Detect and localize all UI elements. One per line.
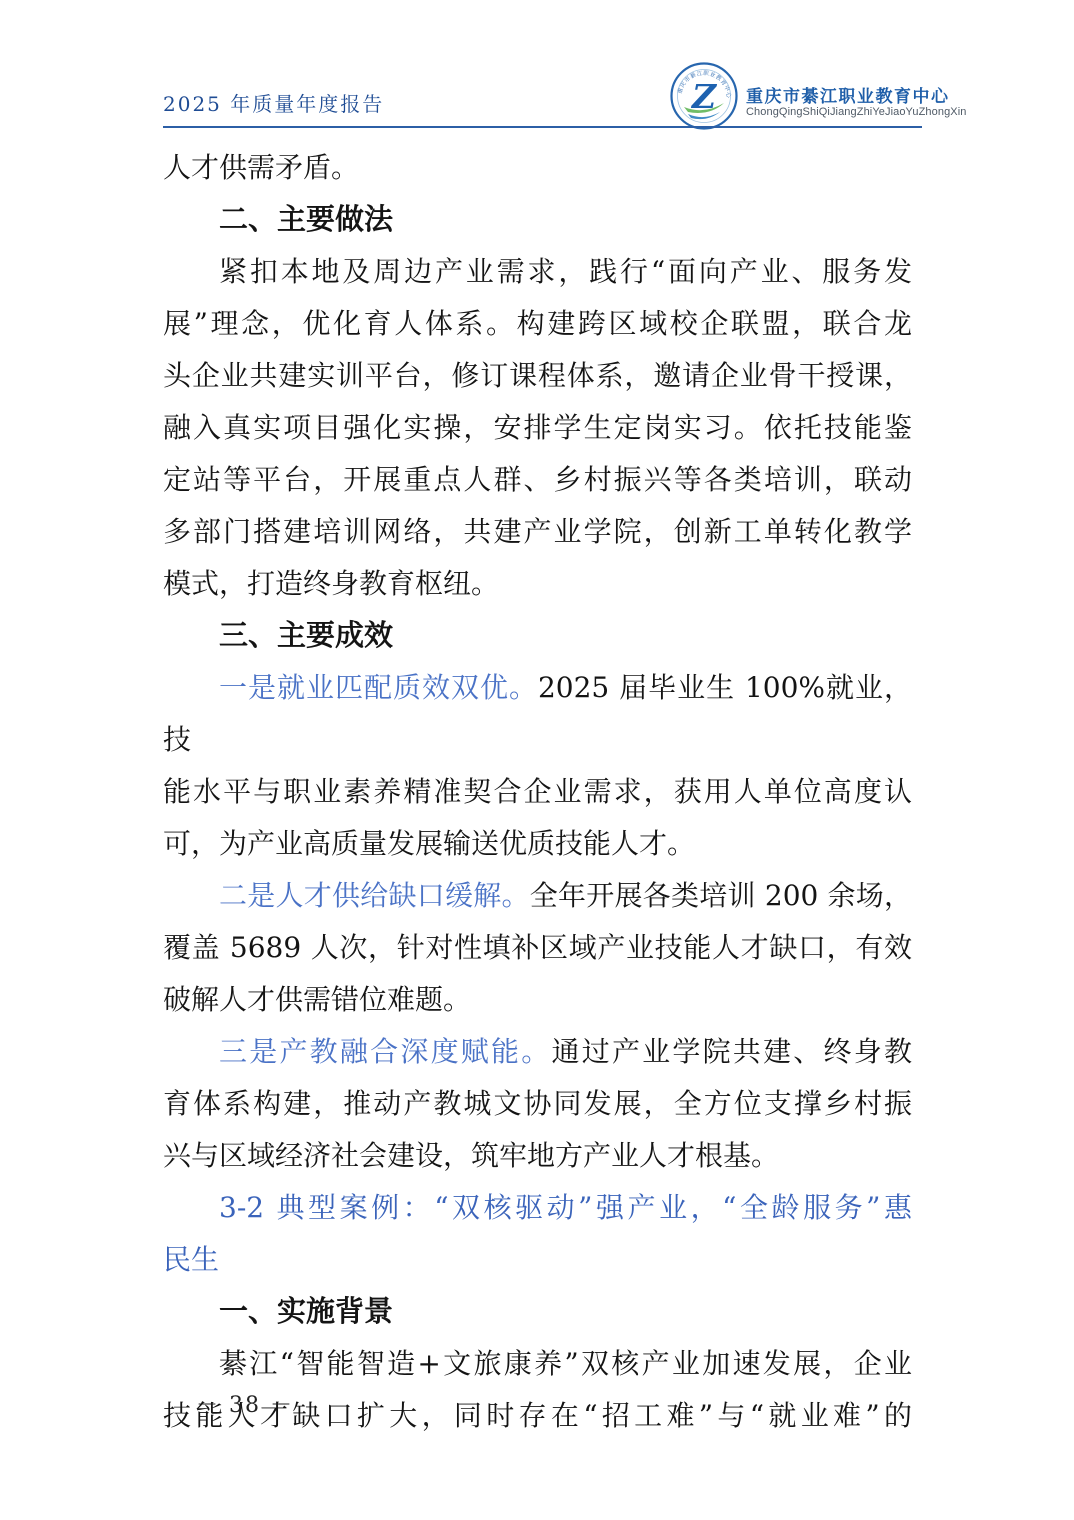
- text-line: 模式，打造终身教育枢纽。: [163, 558, 912, 610]
- text-segment: 破解人才供需错位难题。: [163, 983, 471, 1016]
- text-line: 定站等平台，开展重点人群、乡村振兴等各类培训，联动: [163, 454, 912, 506]
- text-segment: 融入真实项目强化实操，安排学生定岗实习。依托技能鉴: [163, 411, 912, 444]
- text-segment: 二、主要做法: [219, 204, 393, 236]
- school-name: 重庆市綦江职业教育中心: [746, 82, 922, 107]
- school-pinyin: ChongQingShiQiJiangZhiYeJiaoYuZhongXin: [746, 106, 946, 118]
- text-line: 头企业共建实训平台，修订课程体系，邀请企业骨干授课，: [163, 350, 912, 402]
- text-segment: 民生: [163, 1243, 219, 1276]
- text-line: 破解人才供需错位难题。: [163, 974, 912, 1026]
- text-segment: 模式，打造终身教育枢纽。: [163, 567, 499, 600]
- text-line: 紧扣本地及周边产业需求，践行“面向产业、服务发: [163, 246, 912, 298]
- text-segment: 育体系构建，推动产教城文协同发展，全方位支撑乡村振: [163, 1087, 912, 1120]
- text-segment: 綦江“智能智造+文旅康养”双核产业加速发展，企业: [219, 1347, 912, 1380]
- text-segment: 兴与区域经济社会建设，筑牢地方产业人才根基。: [163, 1139, 779, 1172]
- text-segment: 三是产教融合深度赋能。: [219, 1035, 552, 1068]
- text-segment: 一是就业匹配质效双优。: [219, 671, 538, 704]
- case-title-line: 民生: [163, 1234, 912, 1286]
- header-brand: 重庆市綦江职业教育中心 Z 重庆市綦江职业教育中心 ChongQingShiQi…: [670, 60, 922, 130]
- text-segment: 定站等平台，开展重点人群、乡村振兴等各类培训，联动: [163, 463, 912, 496]
- school-logo-icon: 重庆市綦江职业教育中心 Z: [670, 62, 738, 130]
- text-line: 二是人才供给缺口缓解。全年开展各类培训 200 余场，: [163, 870, 912, 922]
- page-number: － 38 －: [196, 1388, 294, 1419]
- text-segment: 3-2 典型案例：“双核驱动”强产业，“全龄服务”惠: [219, 1191, 912, 1224]
- section-heading: 三、主要成效: [163, 610, 912, 662]
- text-segment: 一、实施背景: [219, 1296, 393, 1328]
- text-line: 能水平与职业素养精准契合企业需求，获用人单位高度认: [163, 766, 912, 818]
- text-segment: 覆盖 5689 人次，针对性填补区域产业技能人才缺口，有效: [163, 931, 912, 964]
- text-segment: 全年开展各类培训 200 余场，: [530, 879, 912, 912]
- text-line: 兴与区域经济社会建设，筑牢地方产业人才根基。: [163, 1130, 912, 1182]
- text-line: 展”理念，优化育人体系。构建跨区域校企联盟，联合龙: [163, 298, 912, 350]
- document-body: 人才供需矛盾。二、主要做法紧扣本地及周边产业需求，践行“面向产业、服务发展”理念…: [163, 142, 912, 1442]
- text-segment: 展”理念，优化育人体系。构建跨区域校企联盟，联合龙: [163, 307, 912, 340]
- text-line: 綦江“智能智造+文旅康养”双核产业加速发展，企业: [163, 1338, 912, 1390]
- text-segment: 多部门搭建培训网络，共建产业学院，创新工单转化教学: [163, 515, 912, 548]
- text-segment: 头企业共建实训平台，修订课程体系，邀请企业骨干授课，: [163, 359, 912, 392]
- text-segment: 紧扣本地及周边产业需求，践行“面向产业、服务发: [219, 255, 912, 288]
- document-page: 2025 年质量年度报告 重庆市綦江职业教育中心 Z 重庆市綦江职业教育中心 C…: [0, 0, 1074, 1520]
- section-heading: 一、实施背景: [163, 1286, 912, 1338]
- text-segment: 三、主要成效: [219, 620, 393, 652]
- text-line: 人才供需矛盾。: [163, 142, 912, 194]
- text-line: 融入真实项目强化实操，安排学生定岗实习。依托技能鉴: [163, 402, 912, 454]
- text-segment: 能水平与职业素养精准契合企业需求，获用人单位高度认: [163, 775, 912, 808]
- header-divider: [163, 126, 922, 128]
- text-line: 一是就业匹配质效双优。2025 届毕业生 100%就业，技: [163, 662, 912, 766]
- text-segment: 可，为产业高质量发展输送优质技能人才。: [163, 827, 695, 860]
- section-heading: 二、主要做法: [163, 194, 912, 246]
- text-line: 覆盖 5689 人次，针对性填补区域产业技能人才缺口，有效: [163, 922, 912, 974]
- report-title: 2025 年质量年度报告: [163, 88, 384, 117]
- text-segment: 二是人才供给缺口缓解。: [219, 879, 530, 912]
- text-line: 可，为产业高质量发展输送优质技能人才。: [163, 818, 912, 870]
- text-line: 育体系构建，推动产教城文协同发展，全方位支撑乡村振: [163, 1078, 912, 1130]
- text-line: 多部门搭建培训网络，共建产业学院，创新工单转化教学: [163, 506, 912, 558]
- text-segment: 通过产业学院共建、终身教: [552, 1035, 913, 1068]
- text-line: 三是产教融合深度赋能。通过产业学院共建、终身教: [163, 1026, 912, 1078]
- case-title-line: 3-2 典型案例：“双核驱动”强产业，“全龄服务”惠: [163, 1182, 912, 1234]
- text-segment: 人才供需矛盾。: [163, 151, 359, 184]
